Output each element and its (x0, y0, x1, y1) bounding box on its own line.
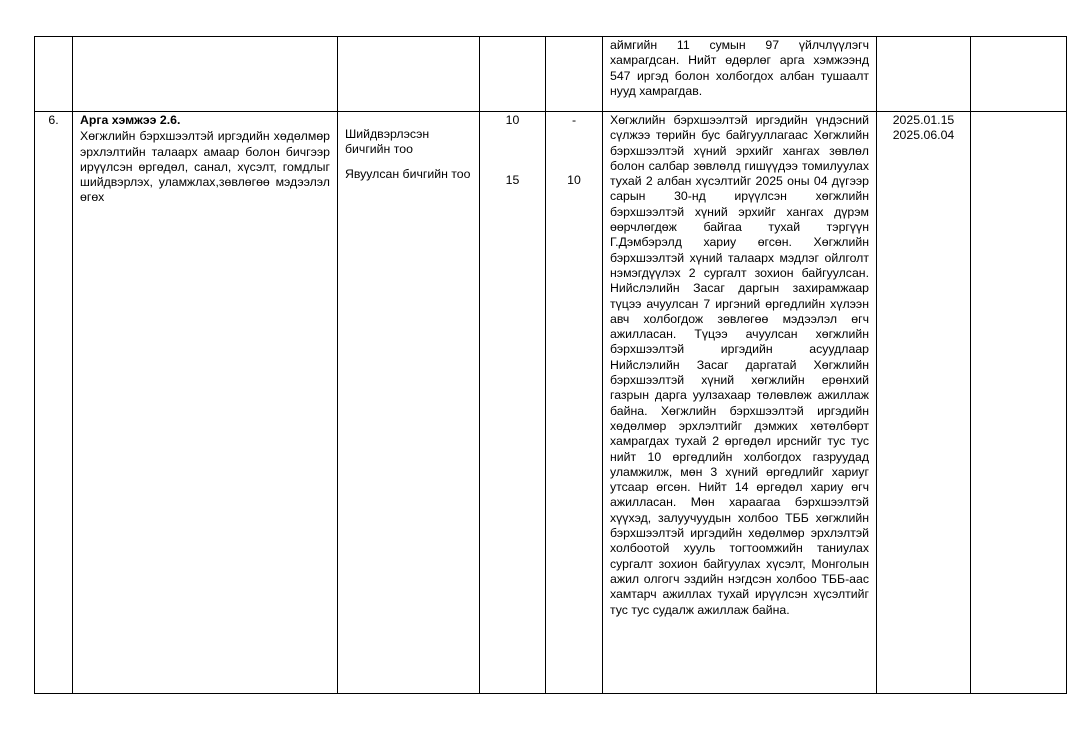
planned-value: 15 (487, 173, 538, 188)
row-number-cell: 6. (35, 112, 73, 694)
note-cell (971, 112, 1067, 694)
end-date: 2025.06.04 (884, 128, 963, 143)
indicator-sent-letters: Явуулсан бичгийн тоо (345, 167, 472, 182)
measure-title: Арга хэмжээ 2.6. (80, 113, 330, 128)
row-number-cell (35, 37, 73, 112)
table-row: аймгийн 11 сумын 97 үйлчлүүлэгч хамрагдс… (35, 37, 1067, 112)
indicator-cell: Шийдвэрлэсэн бичгийн тоо Явуулсан бичгий… (338, 112, 480, 694)
report-cell: Хөгжлийн бэрхшээлтэй иргэдийн үндэсний с… (603, 112, 877, 694)
measure-cell (73, 37, 338, 112)
measure-description: Хөгжлийн бэрхшээлтэй иргэдийн хөдөлмөр э… (80, 129, 330, 205)
planned-value: 10 (487, 113, 538, 128)
planned-cell (480, 37, 546, 112)
actual-cell: - 10 (546, 112, 603, 694)
start-date: 2025.01.15 (884, 113, 963, 128)
planned-cell: 10 15 (480, 112, 546, 694)
actual-value: - (553, 113, 595, 128)
note-cell (971, 37, 1067, 112)
indicator-cell (338, 37, 480, 112)
report-table: аймгийн 11 сумын 97 үйлчлүүлэгч хамрагдс… (34, 36, 1067, 694)
actual-cell (546, 37, 603, 112)
dates-cell: 2025.01.15 2025.06.04 (877, 112, 971, 694)
report-cell: аймгийн 11 сумын 97 үйлчлүүлэгч хамрагдс… (603, 37, 877, 112)
actual-value: 10 (553, 173, 595, 188)
measure-cell: Арга хэмжээ 2.6. Хөгжлийн бэрхшээлтэй ир… (73, 112, 338, 694)
indicator-resolved-letters: Шийдвэрлэсэн бичгийн тоо (345, 127, 472, 158)
dates-cell (877, 37, 971, 112)
table-row: 6. Арга хэмжээ 2.6. Хөгжлийн бэрхшээлтэй… (35, 112, 1067, 694)
